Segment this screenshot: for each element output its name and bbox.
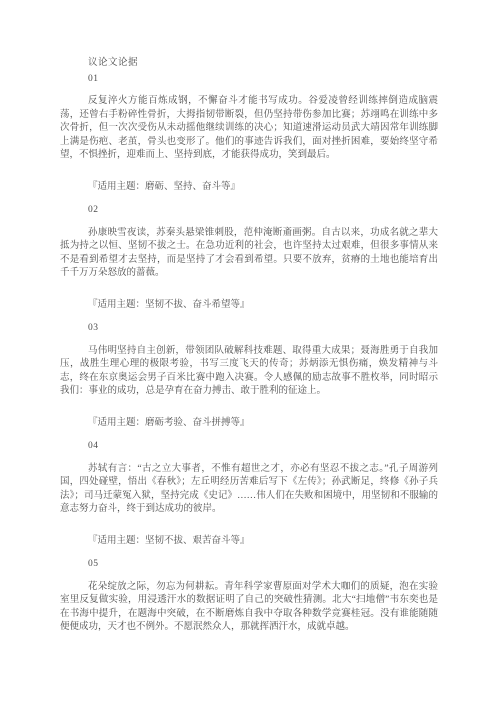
section-number: 01 [60, 73, 438, 87]
section-paragraph: 马伟明坚持自主创新，带领团队破解科技难题、取得重大成果；聂海胜勇于自我加压，战胜… [60, 345, 438, 399]
section-paragraph: 花朵绽放之际，勿忘为何耕耘。青年科学家曹原面对学术大咖们的质疑，泡在实验室里反复… [60, 581, 438, 635]
section-number: 03 [60, 322, 438, 336]
section-theme: 『适用主题：磨砺考验、奋斗拼搏等』 [60, 417, 438, 431]
section-number: 05 [60, 558, 438, 572]
section-paragraph: 苏轼有言：“古之立大事者，不惟有超世之才，亦必有坚忍不拔之志。”孔子周游列国，四… [60, 463, 438, 517]
section-theme: 『适用主题：坚韧不拔、艰苦奋斗等』 [60, 535, 438, 549]
section-theme: 『适用主题：磨砺、坚持、奋斗等』 [60, 181, 438, 195]
section-number: 04 [60, 440, 438, 454]
document-page: 议论文论据 01 反复淬火方能百炼成钢，不懈奋斗才能书写成功。谷爱凌曾经训练摔倒… [0, 0, 500, 707]
section-theme: 『适用主题：坚韧不拔、奋斗希望等』 [60, 299, 438, 313]
essay-section-01: 01 反复淬火方能百炼成钢，不懈奋斗才能书写成功。谷爱凌曾经训练摔倒造成脑震荡，… [60, 73, 438, 195]
document-title: 议论文论据 [60, 57, 438, 71]
essay-section-02: 02 孙康映雪夜读，苏秦头悬梁锥刺股，范仲淹断齑画粥。自古以来，功成名就之辈大抵… [60, 204, 438, 312]
section-paragraph: 孙康映雪夜读，苏秦头悬梁锥刺股，范仲淹断齑画粥。自古以来，功成名就之辈大抵为持之… [60, 227, 438, 281]
essay-section-05: 05 花朵绽放之际，勿忘为何耕耘。青年科学家曹原面对学术大咖们的质疑，泡在实验室… [60, 558, 438, 635]
essay-section-04: 04 苏轼有言：“古之立大事者，不惟有超世之才，亦必有坚忍不拔之志。”孔子周游列… [60, 440, 438, 548]
section-number: 02 [60, 204, 438, 218]
essay-section-03: 03 马伟明坚持自主创新，带领团队破解科技难题、取得重大成果；聂海胜勇于自我加压… [60, 322, 438, 430]
section-paragraph: 反复淬火方能百炼成钢，不懈奋斗才能书写成功。谷爱凌曾经训练摔倒造成脑震荡，还曾右… [60, 95, 438, 163]
